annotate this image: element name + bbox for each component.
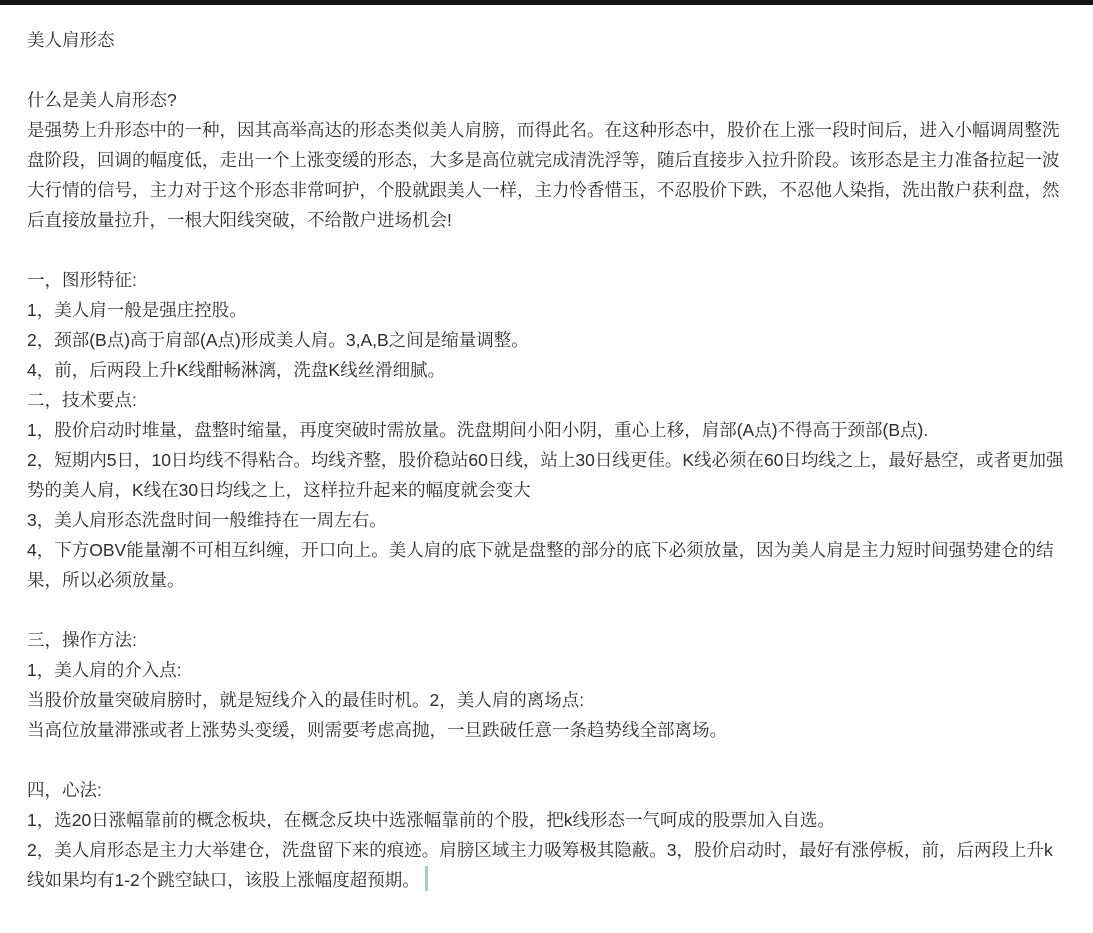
section-1-item[interactable]: 1，美人肩一般是强庄控股。: [27, 295, 1067, 325]
section-4-item-text: 2，美人肩形态是主力大举建仓，洗盘留下来的痕迹。肩膀区域主力吸筹极其隐蔽。3，股…: [27, 840, 1053, 890]
text-caret: [425, 866, 428, 891]
section-3-item[interactable]: 当股价放量突破肩膀时，就是短线介入的最佳时机。2，美人肩的离场点:: [27, 685, 1067, 715]
section-1-item[interactable]: 2，颈部(B点)高于肩部(A点)形成美人肩。3,A,B之间是缩量调整。: [27, 325, 1067, 355]
section-2-heading[interactable]: 二，技术要点:: [27, 385, 1067, 415]
text-editor-window: 美人肩形态 什么是美人肩形态? 是强势上升形态中的一种，因其高举高达的形态类似美…: [0, 0, 1093, 933]
doc-title[interactable]: 美人肩形态: [27, 25, 1067, 55]
section-2-item[interactable]: 2，短期内5日，10日均线不得粘合。均线齐整，股价稳站60日线，站上30日线更佳…: [27, 445, 1067, 505]
section-3-heading[interactable]: 三，操作方法:: [27, 625, 1067, 655]
section-3-item[interactable]: 1，美人肩的介入点:: [27, 655, 1067, 685]
section-1-heading[interactable]: 一，图形特征:: [27, 265, 1067, 295]
section-4-item[interactable]: 2，美人肩形态是主力大举建仓，洗盘留下来的痕迹。肩膀区域主力吸筹极其隐蔽。3，股…: [27, 835, 1067, 895]
section-3-item[interactable]: 当高位放量滞涨或者上涨势头变缓，则需要考虑高抛，一旦跌破任意一条趋势线全部离场。: [27, 715, 1067, 745]
section-4-item[interactable]: 1，选20日涨幅靠前的概念板块，在概念反块中选涨幅靠前的个股，把k线形态一气呵成…: [27, 805, 1067, 835]
intro-heading[interactable]: 什么是美人肩形态?: [27, 85, 1067, 115]
section-4-heading[interactable]: 四，心法:: [27, 775, 1067, 805]
section-2-item[interactable]: 1，股价启动时堆量，盘整时缩量，再度突破时需放量。洗盘期间小阳小阴，重心上移，肩…: [27, 415, 1067, 445]
section-2-item[interactable]: 3，美人肩形态洗盘时间一般维持在一周左右。: [27, 505, 1067, 535]
section-1-item[interactable]: 4，前，后两段上升K线酣畅淋漓，洗盘K线丝滑细腻。: [27, 355, 1067, 385]
intro-paragraph[interactable]: 是强势上升形态中的一种，因其高举高达的形态类似美人肩膀，而得此名。在这种形态中，…: [27, 115, 1067, 235]
text-editor-area[interactable]: 美人肩形态 什么是美人肩形态? 是强势上升形态中的一种，因其高举高达的形态类似美…: [0, 5, 1093, 933]
section-2-item[interactable]: 4，下方OBV能量潮不可相互纠缠，开口向上。美人肩的底下就是盘整的部分的底下必须…: [27, 535, 1067, 595]
